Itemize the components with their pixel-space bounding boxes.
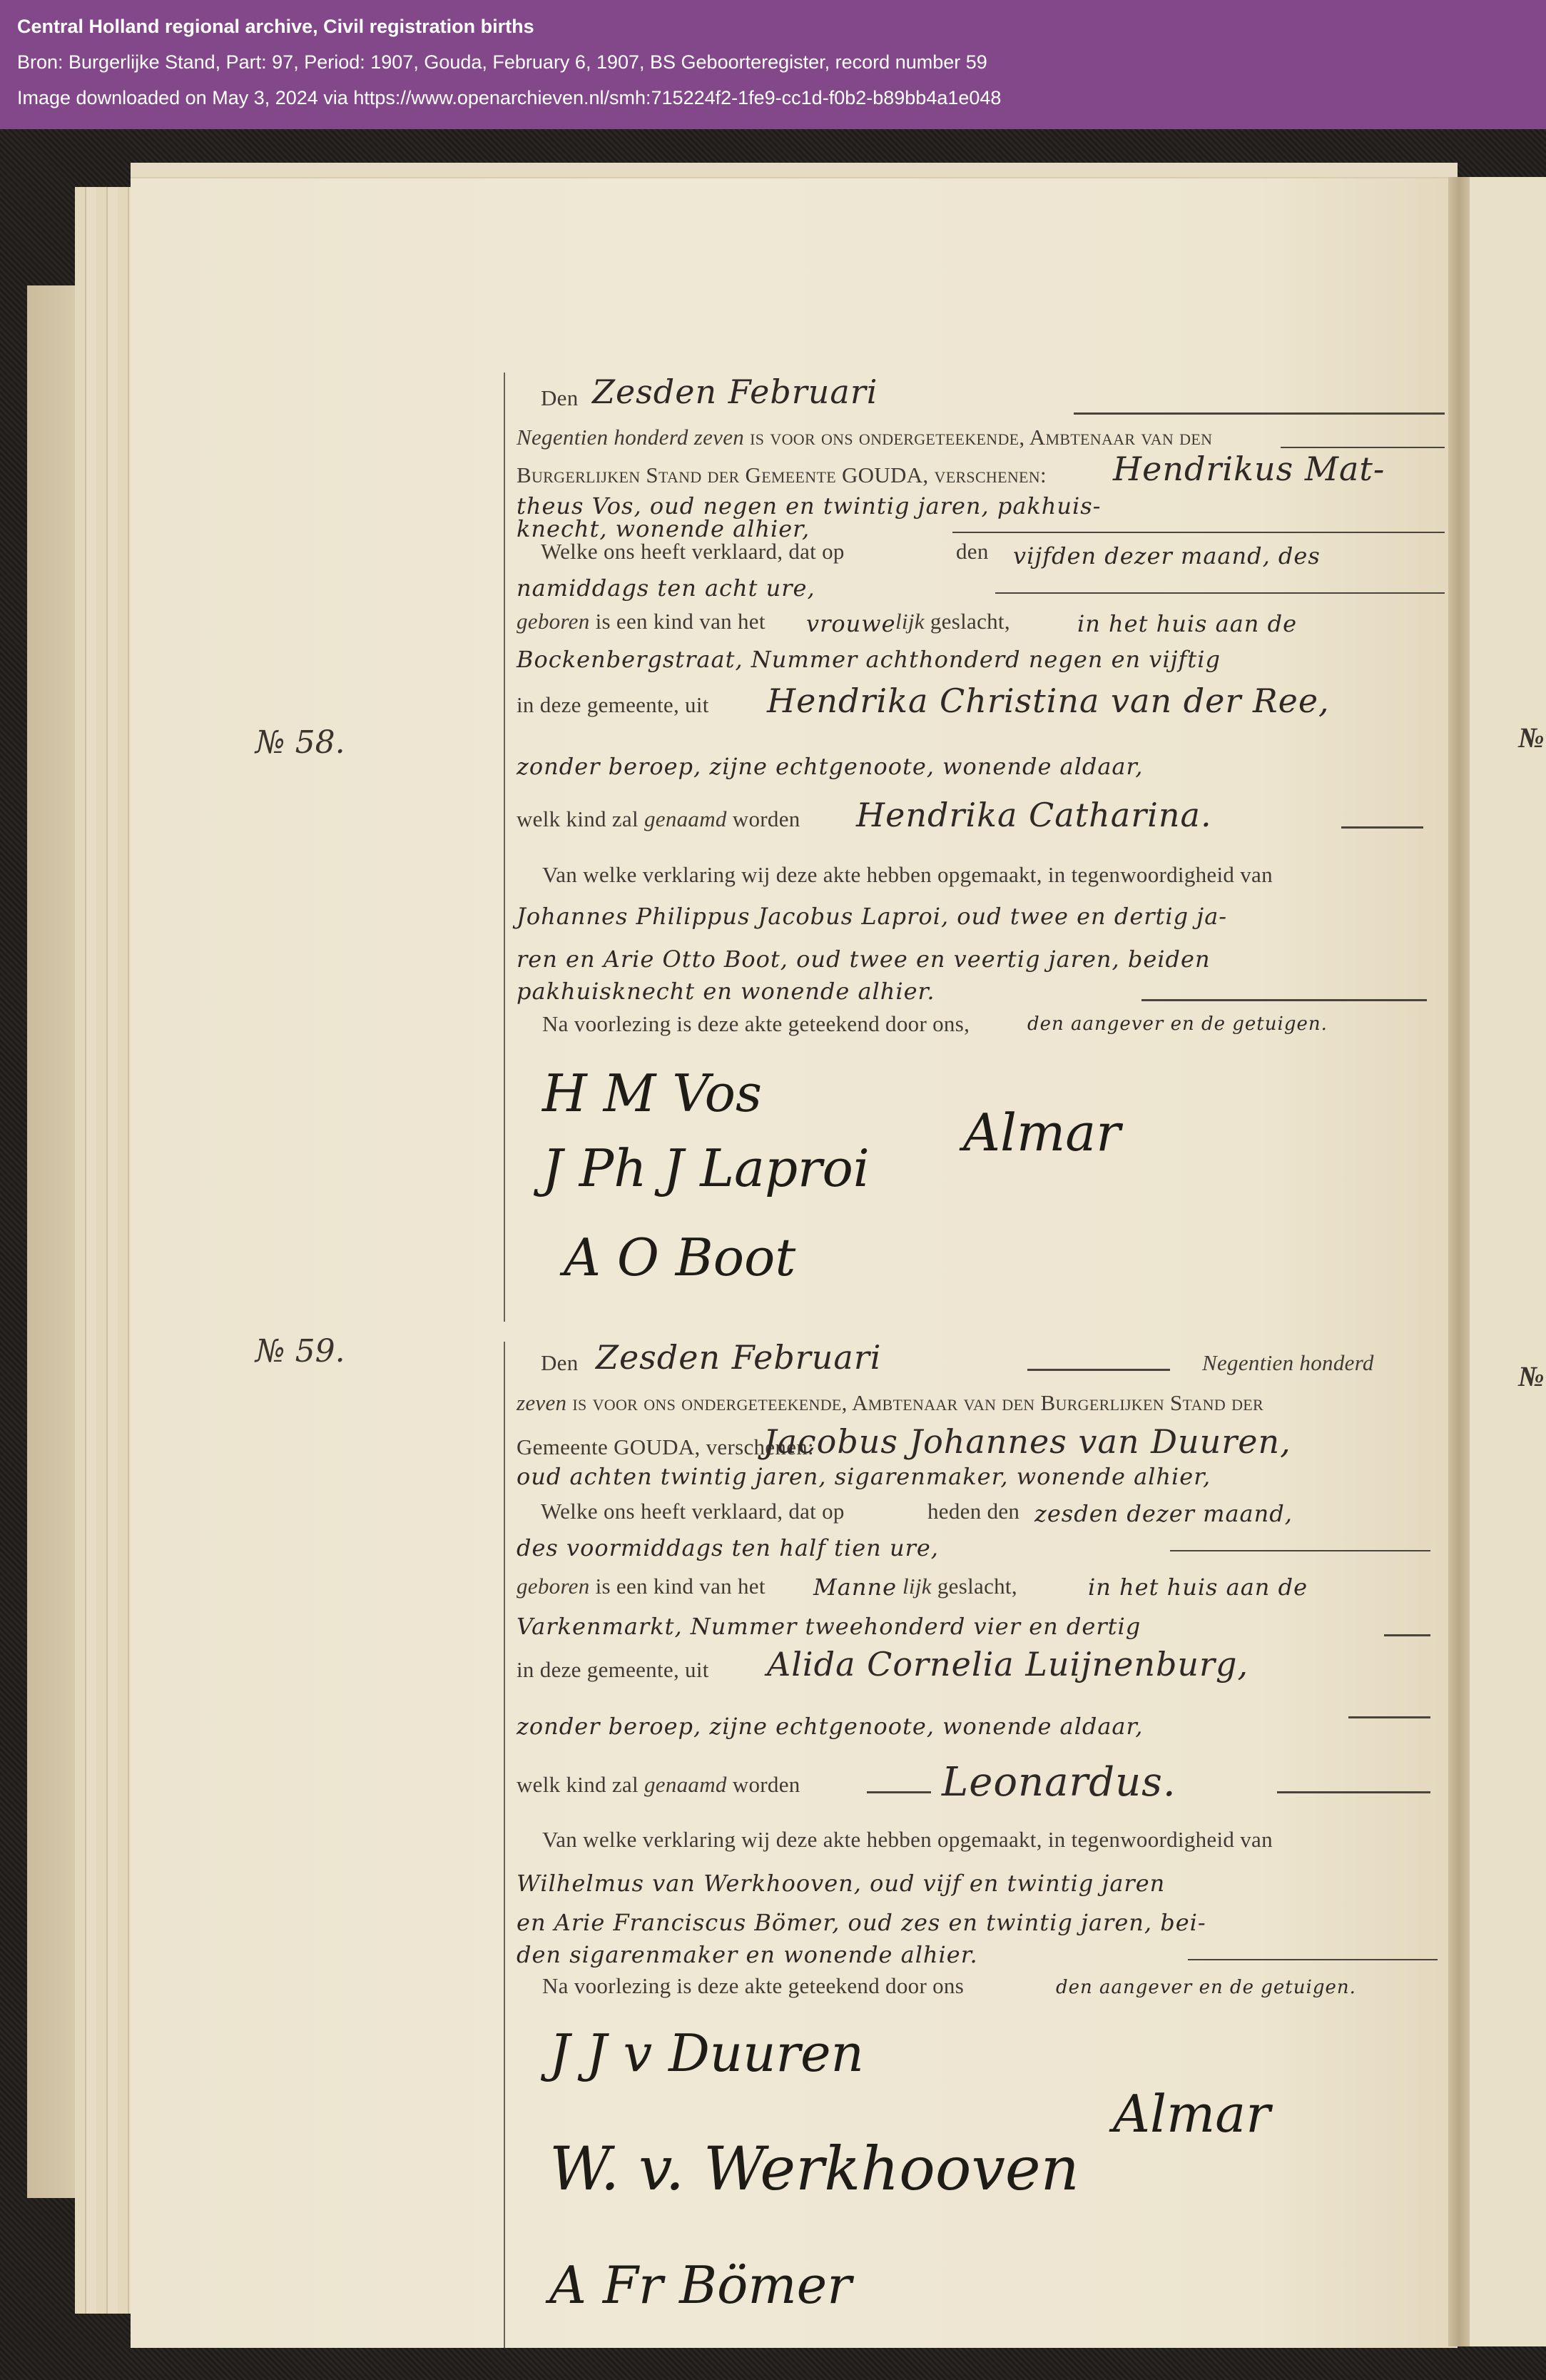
handwritten-address: Bockenbergstraat, Nummer achthonderd neg… bbox=[517, 646, 1221, 673]
handwritten-house: in het huis aan de bbox=[1088, 1574, 1308, 1601]
fill-line bbox=[1348, 1716, 1430, 1718]
handwritten-declarant: Hendrikus Mat- bbox=[1113, 450, 1385, 488]
fill-line bbox=[1074, 412, 1445, 415]
margin-rule bbox=[504, 373, 505, 1322]
printed-text: in deze gemeente, uit bbox=[517, 692, 709, 718]
printed-text: in deze gemeente, uit bbox=[517, 1657, 709, 1683]
signature-witness: W. v. Werkhooven bbox=[549, 2134, 1079, 2204]
handwritten-birth-time: namiddags ten acht ure, bbox=[517, 574, 815, 602]
printed-text: is een kind van het bbox=[596, 1574, 766, 1599]
printed-text: geboren is een kind van het bbox=[517, 609, 766, 634]
binding-gutter bbox=[1448, 177, 1470, 2346]
signature-witness: A Fr Bömer bbox=[549, 2255, 852, 2315]
signature-witness: J Ph J Laproi bbox=[542, 1138, 870, 1198]
printed-text: Welke ons heeft verklaard, dat op bbox=[541, 1499, 845, 1524]
handwritten-witnesses: den sigarenmaker en wonende alhier. bbox=[517, 1941, 978, 1968]
signature-declarant: J J v Duuren bbox=[549, 2023, 864, 2083]
handwritten-signed-by: den aangever en de getuigen. bbox=[1056, 1977, 1356, 1998]
printed-text: is voor ons ondergeteekende, Ambtenaar v… bbox=[572, 1390, 1263, 1415]
printed-text: welk kind zal genaamd worden bbox=[517, 806, 800, 832]
printed-text: Na voorlezing is deze akte geteekend doo… bbox=[542, 1973, 964, 1999]
handwritten-mother-details: zonder beroep, zijne echtgenoote, wonend… bbox=[517, 1713, 1143, 1740]
printed-text: Van welke verklaring wij deze akte hebbe… bbox=[542, 1827, 1273, 1853]
handwritten-address: Varkenmarkt, Nummer tweehonderd vier en … bbox=[517, 1613, 1141, 1640]
printed-text: Den bbox=[541, 385, 579, 411]
source-citation: Bron: Burgerlijke Stand, Part: 97, Perio… bbox=[17, 51, 987, 74]
fill-line bbox=[1277, 1791, 1430, 1793]
archive-header-banner: Central Holland regional archive, Civil … bbox=[0, 0, 1546, 129]
handwritten-date: Zesden Februari bbox=[592, 373, 878, 411]
printed-text: worden bbox=[733, 1772, 800, 1797]
fill-line bbox=[1341, 826, 1423, 829]
fill-line bbox=[1384, 1634, 1430, 1636]
fill-line bbox=[1141, 999, 1427, 1001]
handwritten-witnesses: en Arie Franciscus Bömer, oud zes en twi… bbox=[517, 1909, 1206, 1936]
fill-line bbox=[1188, 1959, 1438, 1960]
year-text: zeven bbox=[517, 1390, 566, 1415]
printed-text: Na voorlezing is deze akte geteekend doo… bbox=[542, 1011, 970, 1037]
printed-italic: genaamd bbox=[644, 1772, 727, 1797]
handwritten-mother-details: zonder beroep, zijne echtgenoote, wonend… bbox=[517, 753, 1143, 780]
fill-line bbox=[1281, 447, 1445, 448]
printed-text: worden bbox=[733, 806, 800, 831]
printed-text: Burgerlijken Stand der Gemeente GOUDA, v… bbox=[517, 462, 1047, 488]
year-text: Negentien honderd zeven bbox=[517, 425, 744, 450]
handwritten-declarant: Jacobus Johannes van Duuren, bbox=[763, 1422, 1291, 1461]
fill-line bbox=[1027, 1369, 1170, 1371]
printed-text: welk kind zal bbox=[517, 806, 639, 831]
handwritten-sex: Manne bbox=[813, 1574, 897, 1601]
download-note: Image downloaded on May 3, 2024 via http… bbox=[17, 87, 1001, 109]
handwritten-birth-day: vijfden dezer maand, des bbox=[1013, 542, 1321, 569]
printed-text: geboren is een kind van het bbox=[517, 1574, 766, 1599]
printed-text: geslacht, bbox=[937, 1574, 1017, 1599]
printed-italic: lijk bbox=[895, 609, 925, 634]
handwritten-witnesses: pakhuisknecht en wonende alhier. bbox=[517, 978, 935, 1005]
printed-text: lijk geslacht, bbox=[902, 1574, 1017, 1599]
record-number: № 59. bbox=[255, 1333, 345, 1369]
page-stack-edge bbox=[75, 187, 139, 2314]
handwritten-witnesses: Johannes Philippus Jacobus Laproi, oud t… bbox=[517, 903, 1227, 930]
handwritten-declarant-details: oud achten twintig jaren, sigarenmaker, … bbox=[517, 1463, 1211, 1490]
printed-italic: geboren bbox=[517, 609, 590, 634]
fill-line bbox=[995, 592, 1445, 594]
printed-italic: geboren bbox=[517, 1574, 590, 1599]
handwritten-sex: vrouwe bbox=[806, 610, 896, 637]
printed-text: Van welke verklaring wij deze akte hebbe… bbox=[542, 862, 1273, 888]
signature-declarant: H M Vos bbox=[542, 1063, 762, 1123]
archive-title: Central Holland regional archive, Civil … bbox=[17, 16, 534, 38]
printed-text: welk kind zal genaamd worden bbox=[517, 1772, 800, 1798]
handwritten-child-name: Leonardus. bbox=[942, 1759, 1176, 1806]
year-text: Negentien honderd bbox=[1202, 1350, 1374, 1376]
facing-page bbox=[1470, 177, 1546, 2346]
fill-line bbox=[952, 532, 1445, 533]
handwritten-signed-by: den aangever en de getuigen. bbox=[1027, 1013, 1328, 1035]
handwritten-mother: Alida Cornelia Luijnenburg, bbox=[767, 1645, 1249, 1683]
printed-text: welk kind zal bbox=[517, 1772, 639, 1797]
signature-witness: A O Boot bbox=[564, 1227, 795, 1287]
printed-text: is een kind van het bbox=[596, 609, 766, 634]
handwritten-birth-time: des voormiddags ten half tien ure, bbox=[517, 1534, 939, 1561]
handwritten-child-name: Hendrika Catharina. bbox=[856, 796, 1212, 834]
fill-line bbox=[867, 1791, 931, 1793]
printed-italic: lijk bbox=[902, 1574, 932, 1599]
handwritten-house: in het huis aan de bbox=[1077, 610, 1297, 637]
handwritten-witnesses: Wilhelmus van Werkhooven, oud vijf en tw… bbox=[517, 1870, 1165, 1897]
margin-rule bbox=[504, 1342, 505, 2348]
printed-text: lijk geslacht, bbox=[895, 609, 1010, 634]
printed-text: geslacht, bbox=[930, 609, 1010, 634]
printed-text: is voor ons ondergeteekende, Ambtenaar v… bbox=[750, 425, 1212, 450]
printed-text: Welke ons heeft verklaard, dat op bbox=[541, 539, 845, 564]
printed-text: heden den bbox=[927, 1499, 1019, 1524]
printed-text: Negentien honderd zeven is voor ons onde… bbox=[517, 425, 1212, 450]
printed-text: den bbox=[956, 539, 989, 564]
facing-page-number-mark: № bbox=[1518, 721, 1545, 754]
printed-text: zeven is voor ons ondergeteekende, Ambte… bbox=[517, 1390, 1263, 1416]
handwritten-birth-day: zesden dezer maand, bbox=[1034, 1500, 1293, 1527]
facing-page-number-mark: № bbox=[1518, 1359, 1545, 1393]
signature-official: Almar bbox=[963, 1103, 1121, 1163]
fill-line bbox=[1170, 1550, 1430, 1551]
record-number: № 58. bbox=[255, 724, 345, 761]
signature-official: Almar bbox=[1113, 2084, 1271, 2144]
handwritten-witnesses: ren en Arie Otto Boot, oud twee en veert… bbox=[517, 946, 1211, 973]
printed-italic: genaamd bbox=[644, 806, 727, 831]
printed-text: Den bbox=[541, 1350, 579, 1376]
handwritten-date: Zesden Februari bbox=[596, 1338, 882, 1377]
handwritten-mother: Hendrika Christina van der Ree, bbox=[767, 682, 1330, 720]
